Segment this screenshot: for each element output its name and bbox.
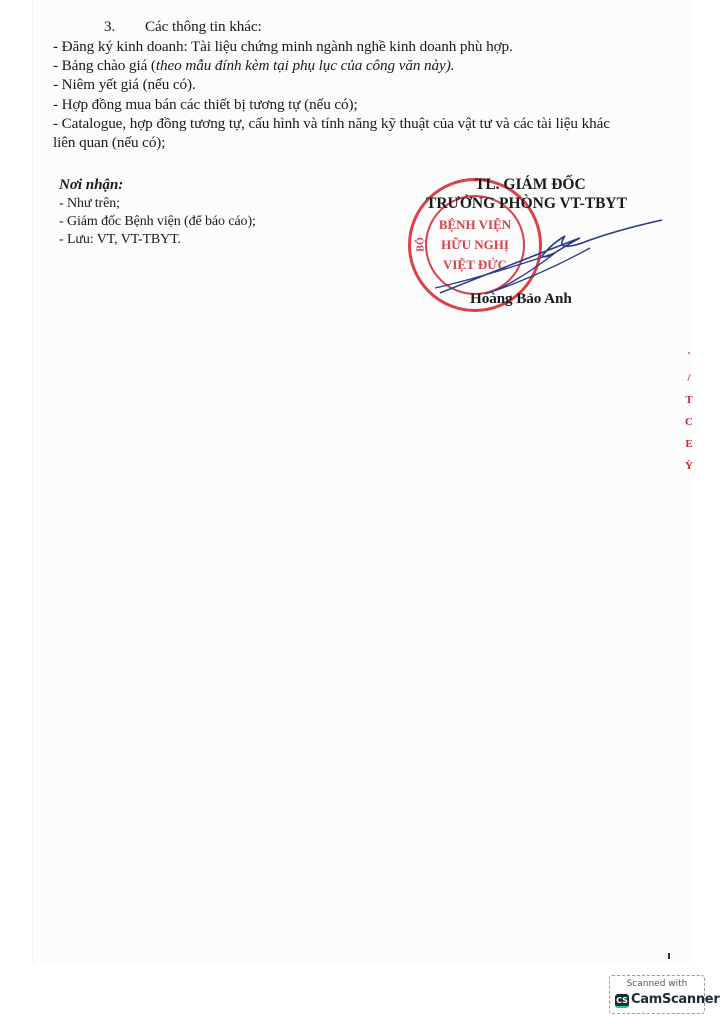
scan-speck <box>668 953 670 959</box>
item-price-quote: - Bảng chào giá (theo mẫu đính kèm tại p… <box>53 56 454 76</box>
section-number: 3. <box>104 17 115 37</box>
recipient-item: - Giám đốc Bệnh viện (để báo cáo); <box>59 212 256 232</box>
recipients-title: Nơi nhận: <box>59 175 123 195</box>
watermark-name: CamScanner <box>631 992 719 1007</box>
item-business-registration: - Đăng ký kinh doanh: Tài liệu chứng min… <box>53 37 513 57</box>
camscanner-watermark: Scanned with CS CamScanner <box>609 975 705 1014</box>
signature-title-2: TRƯỞNG PHÒNG VT-TBYT <box>426 195 627 213</box>
stamp-ring-text: BỘ <box>416 237 427 251</box>
handwritten-signature <box>430 218 670 298</box>
watermark-caption: Scanned with <box>610 979 704 989</box>
section-title: Các thông tin khác: <box>145 17 262 37</box>
item-listed-price: - Niêm yết giá (nếu có). <box>53 75 196 95</box>
item-contracts: - Hợp đồng mua bán các thiết bị tương tự… <box>53 95 358 115</box>
signer-name: Hoàng Bảo Anh <box>470 289 572 309</box>
price-quote-note: theo mẫu đính kèm tại phụ lục của công v… <box>156 57 454 74</box>
signature-title-1: TL. GIÁM ĐỐC <box>475 176 586 194</box>
recipient-item: - Như trên; <box>59 194 120 214</box>
camscanner-logo-icon: CS <box>615 994 629 1008</box>
item-catalogue: - Catalogue, hợp đồng tương tự, cấu hình… <box>53 114 610 134</box>
item-catalogue-cont: liên quan (nếu có); <box>53 133 165 153</box>
page-edge-marks: ' / T C E Ỳ <box>682 345 696 477</box>
recipient-item: - Lưu: VT, VT-TBYT. <box>59 230 181 250</box>
